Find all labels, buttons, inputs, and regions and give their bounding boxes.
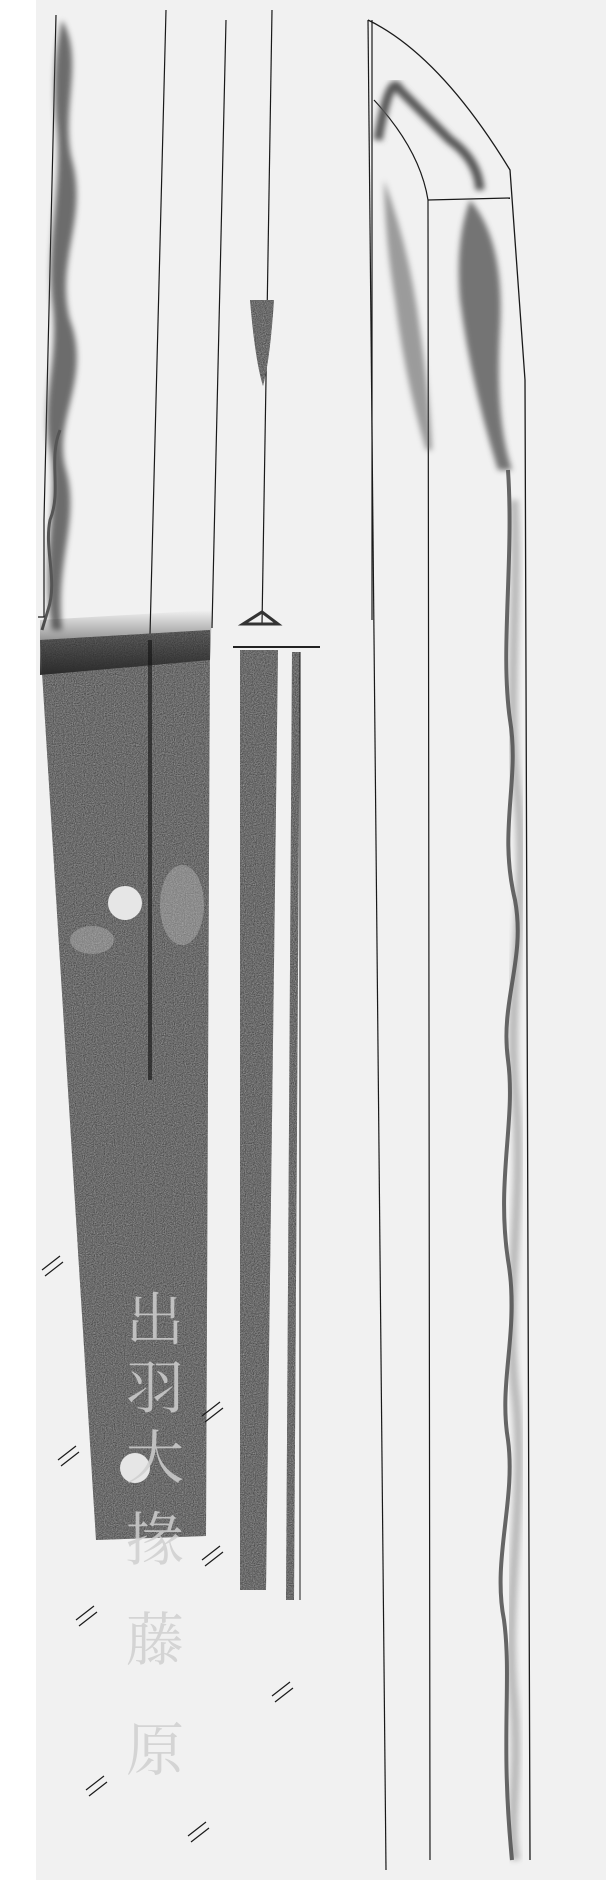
mei-character: 出 [126,1286,184,1354]
mei-character: 藤 [126,1606,184,1674]
mei-character: 大 [126,1424,184,1492]
mekugi-ana-hole [108,886,142,920]
mei-character: 羽 [126,1354,184,1422]
omote-rust-patch [70,926,114,954]
omote-rust-patch [160,865,204,945]
mei-character: 掾 [126,1506,184,1574]
oshigata-sheet: 出羽大掾藤原 [0,0,614,1889]
mei-character: 原 [126,1716,184,1784]
